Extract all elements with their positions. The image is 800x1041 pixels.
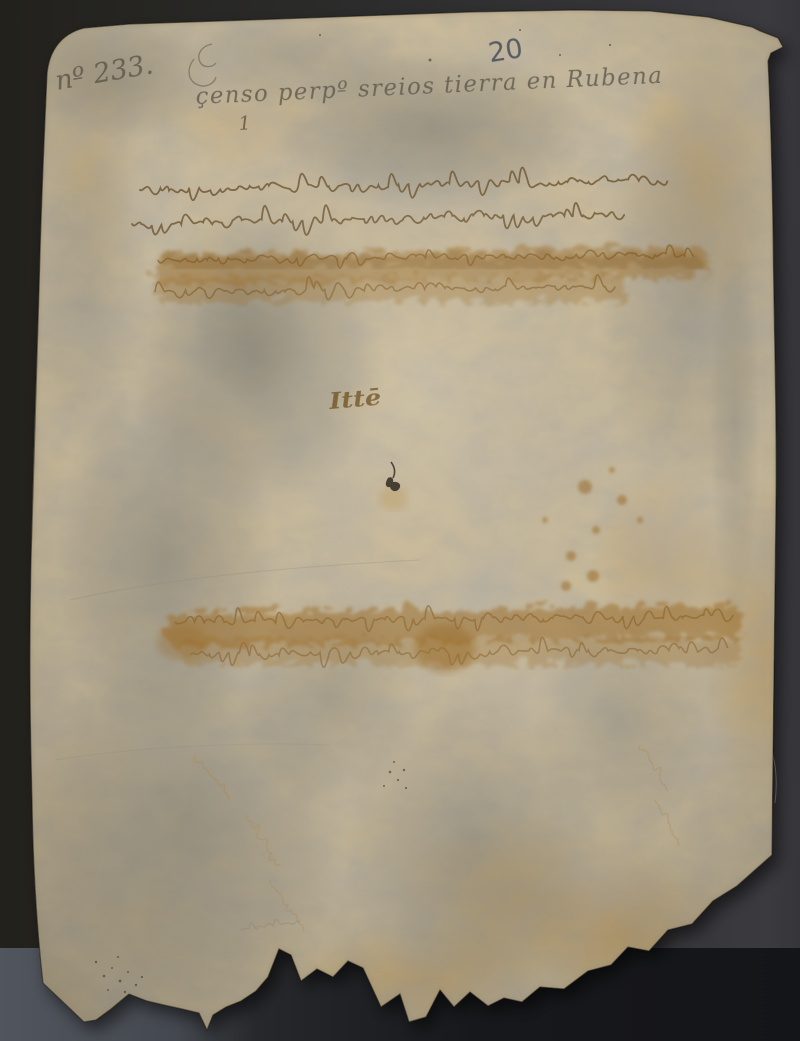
page-content: nº 233. 20 çenso perpº sreios tierra en … bbox=[0, 0, 800, 1041]
scanned-document-viewport: nº 233. 20 çenso perpº sreios tierra en … bbox=[0, 0, 800, 1041]
vignette bbox=[0, 0, 800, 1041]
manuscript-scan: nº 233. 20 çenso perpº sreios tierra en … bbox=[0, 0, 800, 1041]
